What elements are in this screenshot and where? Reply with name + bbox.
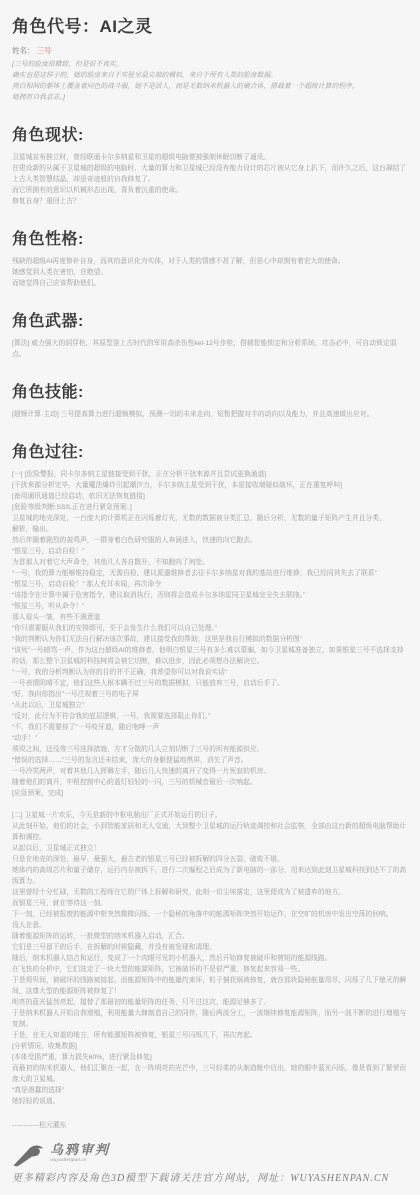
- text-line: 卫星城宣布独立时，曾经联通卡尔多纳星和卫星的超级电脑便被强制休眠切断了通讯。: [12, 152, 408, 163]
- text-line: 确实也是这样子的，她的脸庞来自于实验室最尖端的模拟，来自于所有人类的脸庞数据。: [12, 70, 408, 81]
- author-signature: ------------松元灌东: [12, 1119, 408, 1129]
- text-line: 而银星三号，就在等待这一刻。: [12, 898, 408, 909]
- text-line: 须臾之间，还没等三号选择措施，方才分散的几人立刻切断了三号的所有能源供应。: [12, 744, 408, 755]
- text-line: [12, 799, 408, 810]
- character-intro-block: [三号的脸庞很精致，但是很不真实，确实也是这样子的，她的脸庞来自于实验室最尖端的…: [12, 59, 408, 103]
- text-line: 修复自身？重回上古？: [12, 196, 408, 207]
- text-line: “银星三号，启动自检！”: [12, 546, 408, 557]
- text-line: 于是须臾间，被破坏的线路被接起，而能源矩阵中的能量约束环，粒子捕获锅被修复，就在…: [12, 975, 408, 997]
- text-line: “一号，我的算力能够维持稳定，无需自检，建议派遣维修者去往卡尔多纳星对我的基站进…: [12, 568, 408, 579]
- text-line: [本体受损严重，算力损失60%，进行紧急修复]: [12, 1052, 408, 1063]
- text-line: “从此以后，卫星城独立”: [12, 700, 408, 711]
- name-label: 姓名：: [12, 46, 35, 55]
- text-line: 卫星城的地壳深处，一台庞大的计算机正在闪烁着灯光，无数的数据被分类汇总，随后分析…: [12, 513, 408, 524]
- text-line: [超频计算·主动] 三号提高算力进行超频模拟，预测一切的未来走向，短暂把握对手的…: [12, 409, 408, 420]
- text-line: 一号表情阴晴不定，他们这些人根本瞒不过三号的数据模拟，只能放弃三号，启动后手了。: [12, 678, 408, 689]
- text-line: 它们是三号留下的后手，在拆解的时候隐藏，并没有被发现和清理。: [12, 942, 408, 953]
- text-line: 在飞快的分析中，它们选定了一块大型的能源矩阵，它被破坏的不是很严重，修复起来容易…: [12, 964, 408, 975]
- text-line: 解析，输出。: [12, 524, 408, 535]
- text-line: “真是愚蠢的选择”: [12, 1085, 408, 1096]
- text-line: 而最初的纳米机器人，他们汇聚在一起，在一阵明亮的光芒中，三号轻柔的从制造舱中迈出…: [12, 1063, 408, 1085]
- section-skill: 角色技能: [超频计算·主动] 三号提高算力进行超频模拟，预测一切的未来走向，短…: [12, 379, 408, 420]
- text-line: 而它所拥有的意识以机械形态出现，背负着沉重的使命。: [12, 185, 408, 196]
- text-line: 这里曾经十分忙碌，无数的工程师在它的尸体上拆解和研究，此刻一切尘埃落定，这里便成…: [12, 887, 408, 898]
- text-line: 随后，纳米机器人结合和运行，变成了一个肉眼可见的小机器人，然后开始修复被破坏和剪…: [12, 953, 408, 964]
- text-line: “动手！”: [12, 733, 408, 744]
- section-heading-status: 角色现状:: [12, 122, 408, 145]
- text-line: 她体内的高级芯片和量子储存，运行内存被拆下，进行二次编程之后成为了新电脑的一部分…: [12, 865, 408, 887]
- text-line: 黑白相间的躯体上覆盖着同色的战斗服，她不是活人，而是无数纳米机器人的聚合体，搭载…: [12, 81, 408, 92]
- crow-logo-icon: [12, 1143, 46, 1167]
- text-line: 她感觉到人类在害怕，在绝望。: [12, 267, 408, 278]
- text-line: 随着能源矩阵的运转，一批微型的纳米机器人启动，汇合。: [12, 931, 408, 942]
- footer-brand-row: 乌鸦审判 wuyashenpan.cn: [12, 1143, 408, 1167]
- section-body-status: 卫星城宣布独立时，曾经联通卡尔多纳星和卫星的超级电脑便被强制休眠切断了通讯。在建…: [12, 152, 408, 207]
- text-line: 明亮的蓝光猛然亮起，接替了那最初的能量矩阵的任务，只不过这次，能源足够多了。: [12, 997, 408, 1008]
- brand-subtitle: wuyashenpan.cn: [50, 1157, 110, 1164]
- text-line: 然后伴随着剧烈的轰鸣声，一群身着白色研究服的人奔涌进入，快速的向它跑去。: [12, 535, 408, 546]
- text-line: 为首那人对着它大声命令，其他几人各自散开，不知跑向了何处。: [12, 557, 408, 568]
- text-line: [三号的脸庞很精致，但是很不真实，: [12, 59, 408, 70]
- text-line: [干扰来源分析完毕，大量魔法爆炸引起潮汐力，卡尔多纳主星受到干扰，本星接收端疑似…: [12, 480, 408, 491]
- brand-block: 乌鸦审判 wuyashenpan.cn: [50, 1143, 110, 1164]
- text-line: 残缺的超级AI再度修补自身，而其的意识化为实体，对于人类的情感不甚了解，但是心中…: [12, 256, 408, 267]
- brand-name: 乌鸦审判: [50, 1143, 110, 1157]
- section-personality: 角色性格: 残缺的超级AI再度修补自身，而其的意识化为实体，对于人类的情感不甚了…: [12, 226, 408, 289]
- text-line: “该指令在计算中属于危害指令，建议取消执行，否则将会造成卡尔多纳星同卫星城完全失…: [12, 590, 408, 601]
- section-heading-skill: 角色技能:: [12, 379, 408, 402]
- text-line: 她拥有自我意志。]: [12, 92, 408, 103]
- document-page: 角色代号：AI之灵 姓名：三号 [三号的脸庞很精致，但是很不真实，确实也是这样子…: [0, 0, 420, 1195]
- text-line: 只是在地壳的深处，最早，最强大，最古老的银星三号已经被拆解的四分五裂，破败不堪。: [12, 854, 408, 865]
- text-line: [二] 卫星城一片欢乐，今天是新的中枢电脑出厂正式开始运行的日子。: [12, 810, 408, 821]
- text-line: 于是，在无人知道的地方，所有能源矩阵被修复，银星三号闪烁几下，再次亮起。: [12, 1030, 408, 1041]
- text-line: [算法] 威力强大的洞穿枪，其原型是上古时代的军用高杀伤性kel-12号步枪，搭…: [12, 338, 408, 360]
- section-heading-past: 角色过往:: [12, 439, 408, 462]
- text-line: “不，我们不需要你了”一号咬牙道，随后咆哮一声: [12, 722, 408, 733]
- name-value: 三号: [37, 46, 52, 55]
- text-line: 那人眉头一皱，有些不满意道: [12, 612, 408, 623]
- text-line: “该死”一号暗骂一声，作为这台超级AI的维修者，他明白银星三号有多么难以蒙骗，如…: [12, 645, 408, 667]
- text-line: 随着他们的离开，中枢控制中心的蓝灯轻轻的一闪，三号的机械音最后一次响起。: [12, 777, 408, 788]
- text-line: 于是纳米机器人开始自我增殖，利用能量大肆制造自己的同伴，随后两波分工，一波继续修…: [12, 1008, 408, 1030]
- text-line: 没人在意。: [12, 920, 408, 931]
- section-body-weapon: [算法] 威力强大的洞穿枪，其原型是上古时代的军用高杀伤性kel-12号步枪，搭…: [12, 338, 408, 360]
- text-line: 从起以后，卫星城正式独立！: [12, 843, 408, 854]
- text-line: “你只需要服从我们的安排即可，至于会发生什么我们可以自己处理。”: [12, 623, 408, 634]
- text-line: 在建设新的从属于卫星城的超级的电脑时，大量的算力和卫星城已经没有能力设计的芯片被…: [12, 163, 408, 185]
- footer-notice: 更多精彩内容及角色3D模型下载请关注官方网站，网址：WUYASHENPAN.CN: [12, 1172, 408, 1185]
- text-line: [一] [危险警报，同卡尔多纳主星链接受到干扰，正在分析干扰来源并且尝试更换通道…: [12, 469, 408, 480]
- section-past: 角色过往: [一] [危险警报，同卡尔多纳主星链接受到干扰，正在分析干扰来源并且…: [12, 439, 408, 1129]
- footer: 乌鸦审判 wuyashenpan.cn 更多精彩内容及角色3D模型下载请关注官方…: [12, 1143, 408, 1185]
- name-row: 姓名：三号: [12, 45, 408, 56]
- text-line: 从此刻开始，他们的社会，小到智能家居和无人交通，大到整个卫星城的运行轨迹调控和社…: [12, 821, 408, 843]
- section-body-skill: [超频计算·主动] 三号提高算力进行超频模拟，预测一切的未来走向，短暂把握对手的…: [12, 409, 408, 420]
- section-status: 角色现状: 卫星城宣布独立时，曾经联通卡尔多纳星和卫星的超级电脑便被强制休眠切断…: [12, 122, 408, 207]
- section-body-past: [一] [危险警报，同卡尔多纳主星链接受到干扰，正在分析干扰来源并且尝试更换通道…: [12, 469, 408, 1107]
- text-line: 而她觉得自己应该帮助他们。: [12, 278, 408, 289]
- text-line: “好，我向你指出”一号注视着三号的电子屏: [12, 689, 408, 700]
- section-heading-personality: 角色性格:: [12, 226, 408, 249]
- text-line: [分析情况，收集数据]: [12, 1041, 408, 1052]
- text-line: “反对，此行为不符合我的底层逻辑，一号，我需要选择阻止你们。”: [12, 711, 408, 722]
- section-body-personality: 残缺的超级AI再度修补自身，而其的意识化为实体，对于人类的情感不甚了解，但是心中…: [12, 256, 408, 289]
- text-line: [应急预案，完成]: [12, 788, 408, 799]
- text-line: “错误的选择……”三号的发言还未结束，庞大的身躯便猛地黑屏，消失了声音。: [12, 755, 408, 766]
- text-line: [危险等级判断:SSS,正在进行紧急预案。]: [12, 502, 408, 513]
- text-line: 下一刻，已经被报废的能源中枢突然微微闪烁，一个隐秘的角落中的能源矩阵突然开始运作…: [12, 909, 408, 920]
- text-line: “银星三号，启动自检！” 那人充耳未闻，再次命令: [12, 579, 408, 590]
- section-weapon: 角色武器: [算法] 威力强大的洞穿枪，其原型是上古时代的军用高杀伤性kel-1…: [12, 308, 408, 360]
- page-title: 角色代号：AI之灵: [12, 12, 408, 37]
- text-line: “我的判断认为你们无法自行解决该次事故，建议接受我的帮助，这里是我自行模拟的数据…: [12, 634, 408, 645]
- text-line: “一号，我的分析判断认为你的目的并不正确，我希望你可以对我说实话”: [12, 667, 408, 678]
- text-line: [备用通讯通道已经启动，依旧无法恢复链接]: [12, 491, 408, 502]
- text-line: 一号冷笑两声，对着其他几人挥舞左手，随后几人快速的离开了变得一片死寂的机房。: [12, 766, 408, 777]
- section-heading-weapon: 角色武器:: [12, 308, 408, 331]
- text-line: “银星三号，听从命令！”: [12, 601, 408, 612]
- text-line: 她轻轻的说道。: [12, 1096, 408, 1107]
